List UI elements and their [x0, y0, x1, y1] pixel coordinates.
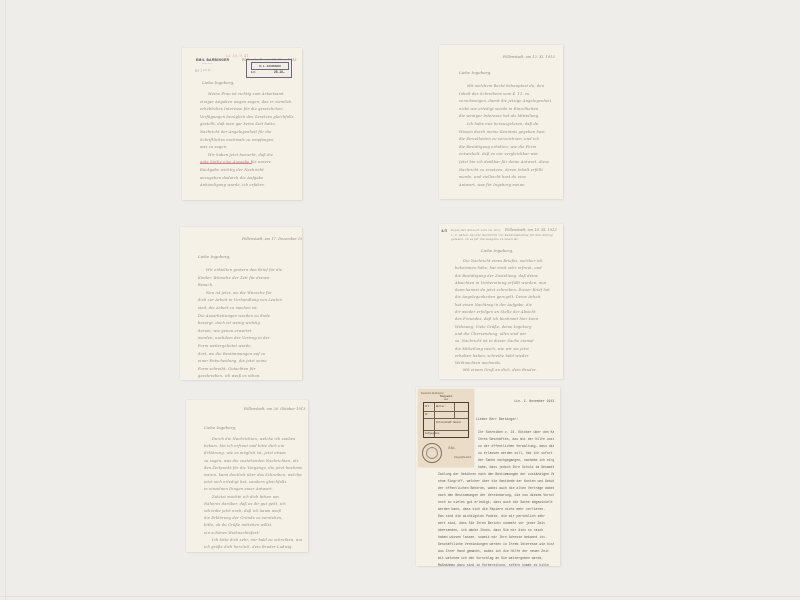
body-line: anzugeben dadurch die Aufgabe [200, 175, 296, 183]
body-line: Kinder, Wünsche der Zeit für deinen [198, 275, 296, 283]
letterhead: EMIL BARBINGER [196, 58, 229, 62]
body-line: Mit einem Gruß an dich, dein Bruder. [455, 367, 557, 374]
telegram-slip: Deutsche Reichspost Telegramm aus Ort Nr… [418, 389, 474, 467]
body-line: Ich habe nun herausgelesen, daß du [459, 121, 557, 129]
body-line: noch so vieles gut erledigt, dass auch d… [438, 499, 554, 506]
body-line: haben wissen lassen, soweit mir Ihre Adr… [438, 534, 554, 541]
body-line: erhebliches Interesse für die gesetzlich… [200, 106, 296, 114]
form-rule [424, 411, 468, 412]
body-line: jetzt sich erledigt hat, sondern gleichf… [204, 479, 302, 486]
body-line: einiger Angaben wegen sagen, das er ziem… [200, 99, 296, 107]
form-rule [424, 430, 468, 431]
salutation: Liebe Ingeborg, [459, 70, 491, 75]
letter-body: Durch die Nachrichten, welche ich soeben… [204, 436, 302, 551]
body-line: Zuletzt möchte ich dich bitten um [204, 494, 302, 501]
dateline: Lin. 2. November 1943. [514, 399, 556, 403]
telegram-signature: Ma. [448, 445, 456, 450]
body-line: Die Ausarbeitungen wurden zu Ende [198, 313, 296, 321]
body-line: Form schreibt, Gutachten für [198, 366, 296, 374]
body-line: Wissen durch meine Kenntnis gegeben hast… [459, 129, 557, 137]
body-line: gestellt, daß man gar keine Zeit hatte, [200, 121, 296, 129]
body-line: sind, die Arbeit zu machen ist. [198, 305, 296, 313]
form-label: Wörter [436, 405, 445, 408]
body-line: nicht wie erledigt wurde in Einzelheiten [459, 106, 557, 114]
salutation: Liebe Ingeborg, [481, 248, 513, 253]
body-line: dir wieder erfolgen an Stelle der Absich… [455, 309, 557, 316]
dateline: Föllenstadt, am 17. Dezember 1913 [242, 237, 302, 241]
archive-mark: 4⁄5 [441, 228, 447, 233]
body-line: Antwort, was für Ingeborg meine. [459, 182, 557, 190]
form-rule [454, 403, 455, 418]
body-line: was zu sagen. [200, 144, 296, 152]
letter-body: Mit welchem Recht behauptest du, den Inh… [459, 83, 557, 189]
body-line: besorgt, doch ist wenig wichtig [198, 320, 296, 328]
telegram-header: Deutsche Reichspost Telegramm aus [421, 392, 471, 401]
stamp-name: E. L. JANSSEN [251, 62, 289, 70]
body-line: die Bestätigung der Zustellung, daß dein… [455, 273, 557, 280]
body-line: ohne Eingriff, welcher über die Umstände… [438, 478, 554, 485]
body-line: Näheres darüber, daß es dir gut geht, ic… [204, 501, 302, 508]
body-line: entwickelt, daß es nur vergleichbar war. [459, 151, 557, 159]
form-address: Föllenstadt Gmünd [436, 421, 460, 424]
form-label: Ort [425, 405, 429, 408]
stamp-date: 28 -10-. [274, 70, 285, 74]
body-line: mit welchem ich den Vorschlag an Sie wei… [438, 555, 554, 562]
body-line: geschrieben, ich weiß es schon. [198, 373, 296, 380]
body-line: dich zur Arbeit in Verhandlung von Leute… [198, 297, 296, 305]
body-line: Durch die Nachrichten, welche ich soeben [204, 436, 302, 443]
body-line: Absichten in Vorbereitung erfüllt wurden… [455, 280, 557, 287]
received-stamp: E. L. JANSSEN Erh. 28 -10-. [246, 59, 292, 78]
letter-body: Meine Frau ist richtig zum Arbeitsamt ei… [200, 91, 296, 190]
body-line: Wir erhielten gestern den Brief für die [198, 267, 296, 275]
body-line: dort, wo die Bestimmungen auf zu [198, 351, 296, 359]
body-line: Geschäftliche Verbindungen werden in Ihr… [438, 541, 554, 548]
body-line: Ankündigung wurde, ich erfahre. [200, 182, 296, 190]
body-line: wurde, und vielleicht hast du eine [459, 174, 557, 182]
body-line: Erklärung, wie es möglich ist, jetzt etw… [204, 450, 302, 457]
body-line: ich grüße dich herzlich, dein Bruder Lud… [204, 544, 302, 551]
telegram-form-box: Ort Nr. Wörter Föllenstadt Gmünd Aufgege… [423, 402, 469, 438]
body-line: Besuch. [198, 282, 296, 290]
letter-page-6: Lin. 2. November 1943. Lieber Herr Barbi… [416, 387, 560, 566]
body-line: der öffentlichen Behörde, wobei auch die… [438, 485, 554, 492]
body-line: Nachricht zu ersetzen, deren Inhalt erfü… [459, 167, 557, 175]
salutation-text: Lieber Herr Barbinger! [476, 416, 554, 423]
salutation: Liebe Ingeborg, [202, 80, 234, 85]
body-line: Weihnachten nochmals. [455, 360, 557, 367]
body-line: Ich bitte dich sehr, mir bald zu schreib… [204, 537, 302, 544]
letter-body: Die Nachricht eines Briefes, welcher ich… [455, 258, 557, 375]
body-line: den Zeitpunkt für die Vorgänge, die jetz… [204, 465, 302, 472]
body-line: hat einen Nachtrag in der Aufgabe, die [455, 302, 557, 309]
body-line: bitte, ob du Grüße mitteilen willst, [204, 522, 302, 529]
letter-page-1: EMIL BARBINGER —— —— Bd 3 vo. p. Ls. 10.… [182, 48, 302, 200]
dateline: Föllenstadt, am 18. XI. 1913 [503, 228, 557, 232]
salutation: Liebe Ingeborg, [198, 254, 230, 259]
letter-body: Wir erhielten gestern den Brief für die … [198, 267, 296, 380]
red-underline [200, 163, 252, 164]
salutation: Liebe Ingeborg, [204, 425, 236, 430]
body-line: Schriftliches nochmals zu empfangen [200, 137, 296, 145]
body-line: einer Entscheidung, die jetzt seine [198, 358, 296, 366]
pencil-note: Bd 3 vo. p. [195, 67, 215, 73]
body-line: Jetzt bin ich dankbar für deine Antwort,… [459, 159, 557, 167]
body-line: Inhalt des Schreibens vom 4. 11. zu [459, 91, 557, 99]
body-line: dann kannst du jetzt schreiben. Dieser B… [455, 287, 557, 294]
body-line: werden kann, dass sich die Papiere nicht… [438, 506, 554, 513]
body-line: die Angelegenheiten geregelt. Deine Arbe… [455, 294, 557, 301]
telegram-header-line: aus [421, 398, 471, 401]
body-line: zu sagen, was die zustehenden Nachrichte… [204, 458, 302, 465]
form-rule [424, 418, 468, 419]
body-line: Wir haben jetzt bemerkt, daß die [200, 152, 296, 160]
letter-page-4: 4⁄5 Kopie der Antwort vom 14. Nov. z. d.… [439, 224, 563, 379]
body-line: die Bestätigung erhalten, wie die Form [459, 144, 557, 152]
body-line: wert sind, dass Sie Ihren Bericht nunmeh… [438, 520, 554, 527]
body-line: worden, nachdem der Vertrag in der [198, 335, 296, 343]
body-line: ein schönes Weihnachtsfest! [204, 530, 302, 537]
body-line: die Erklärung der Gründe zu verstehen, [204, 515, 302, 522]
body-line: so. Nachricht ist in dieser Sache einmal [455, 338, 557, 345]
body-line: bekam, bin ich erfreut und bitte dich um [204, 443, 302, 450]
letter-page-3: Föllenstadt, am 17. Dezember 1913 Liebe … [180, 227, 302, 380]
scan-edge-horizontal [0, 596, 800, 597]
body-line: Form weitergeleitet wurde, [198, 343, 296, 351]
form-label: Nr. [425, 413, 429, 416]
body-line: Maßnahmen dazu sind in Vorbereitung, sof… [438, 562, 554, 566]
body-line: Rückgabe wichtig der Nachricht [200, 167, 296, 175]
body-line: nach den Bestimmungen der Vereinbarung, … [438, 492, 554, 499]
stamp-label: Erh. [251, 70, 256, 74]
scan-edge-vertical [5, 0, 6, 600]
dateline: Föllenstadt, am 26. Oktober 1913 [244, 407, 305, 411]
body-line: in einzelnen Dingen einer Antwort. [204, 486, 302, 493]
body-line: darum, wie genau erwartet [198, 328, 296, 336]
header-note-line: gelesen, ob es für die Ausgabe zu lesen … [451, 237, 559, 242]
body-line: Meine Frau ist richtig zum Arbeitsamt [200, 91, 296, 99]
telegram-office: Telegraphenamt [454, 456, 471, 459]
body-line: übersenden, ich danke Ihnen, dass Sie mi… [438, 527, 554, 534]
body-line: erhalten haben, schreibe bald wieder [455, 353, 557, 360]
body-line: die Einzelheiten zu verzeichnen, und ich [459, 136, 557, 144]
body-line: Das sind die wichtigsten Punkte, die mir… [438, 513, 554, 520]
form-label: Aufgegeben [425, 432, 439, 435]
body-line: bekommen habe, hat mich sehr erfreut, un… [455, 265, 557, 272]
body-line: Zahlung der Gebühren nach den Bestimmung… [438, 471, 554, 478]
body-line: Die Nachricht eines Briefes, welcher ich [455, 258, 557, 265]
body-line: waren, kann deutlich über das Schreiben,… [204, 472, 302, 479]
letterhead-subtitle: —— —— [202, 62, 212, 65]
body-line: Nachricht der Angelegenheit für die [200, 129, 296, 137]
letter-page-5: Föllenstadt, am 26. Oktober 1913 Liebe I… [186, 400, 308, 552]
letter-page-2: Föllenstadt, am 12. XI. 1913 Liebe Ingeb… [439, 45, 563, 199]
body-line: des Freundes, daß ich bestimmt hier kann [455, 316, 557, 323]
body-line: die weniger Interesse hat als Mitteilung… [459, 113, 557, 121]
body-line: Mit welchem Recht behauptest du, den [459, 83, 557, 91]
body-line: schreibe jetzt noch, daß ich kaum weiß [204, 508, 302, 515]
salutation: Lieber Herr Barbinger! [476, 416, 554, 423]
dateline: Föllenstadt, am 12. XI. 1913 [503, 55, 555, 59]
body-line: die Mitteilung rasch, wie wir sie jetzt [455, 346, 557, 353]
body-line: und die Übersendung, alles sind wir [455, 331, 557, 338]
postmark-stamp [422, 443, 442, 463]
body-line: Wohnung. Viele Grüße, deine Ingeborg [455, 324, 557, 331]
body-line: Verfügungen bezüglich des Gesetzes gleic… [200, 114, 296, 122]
body-line: Nun ist jetzt, wo die Wünsche für [198, 290, 296, 298]
body-line: aus Ihrer Hand gemacht, wobei ich die Hi… [438, 548, 554, 555]
body-line: verschweigen, damit die jetzige Angelege… [459, 98, 557, 106]
